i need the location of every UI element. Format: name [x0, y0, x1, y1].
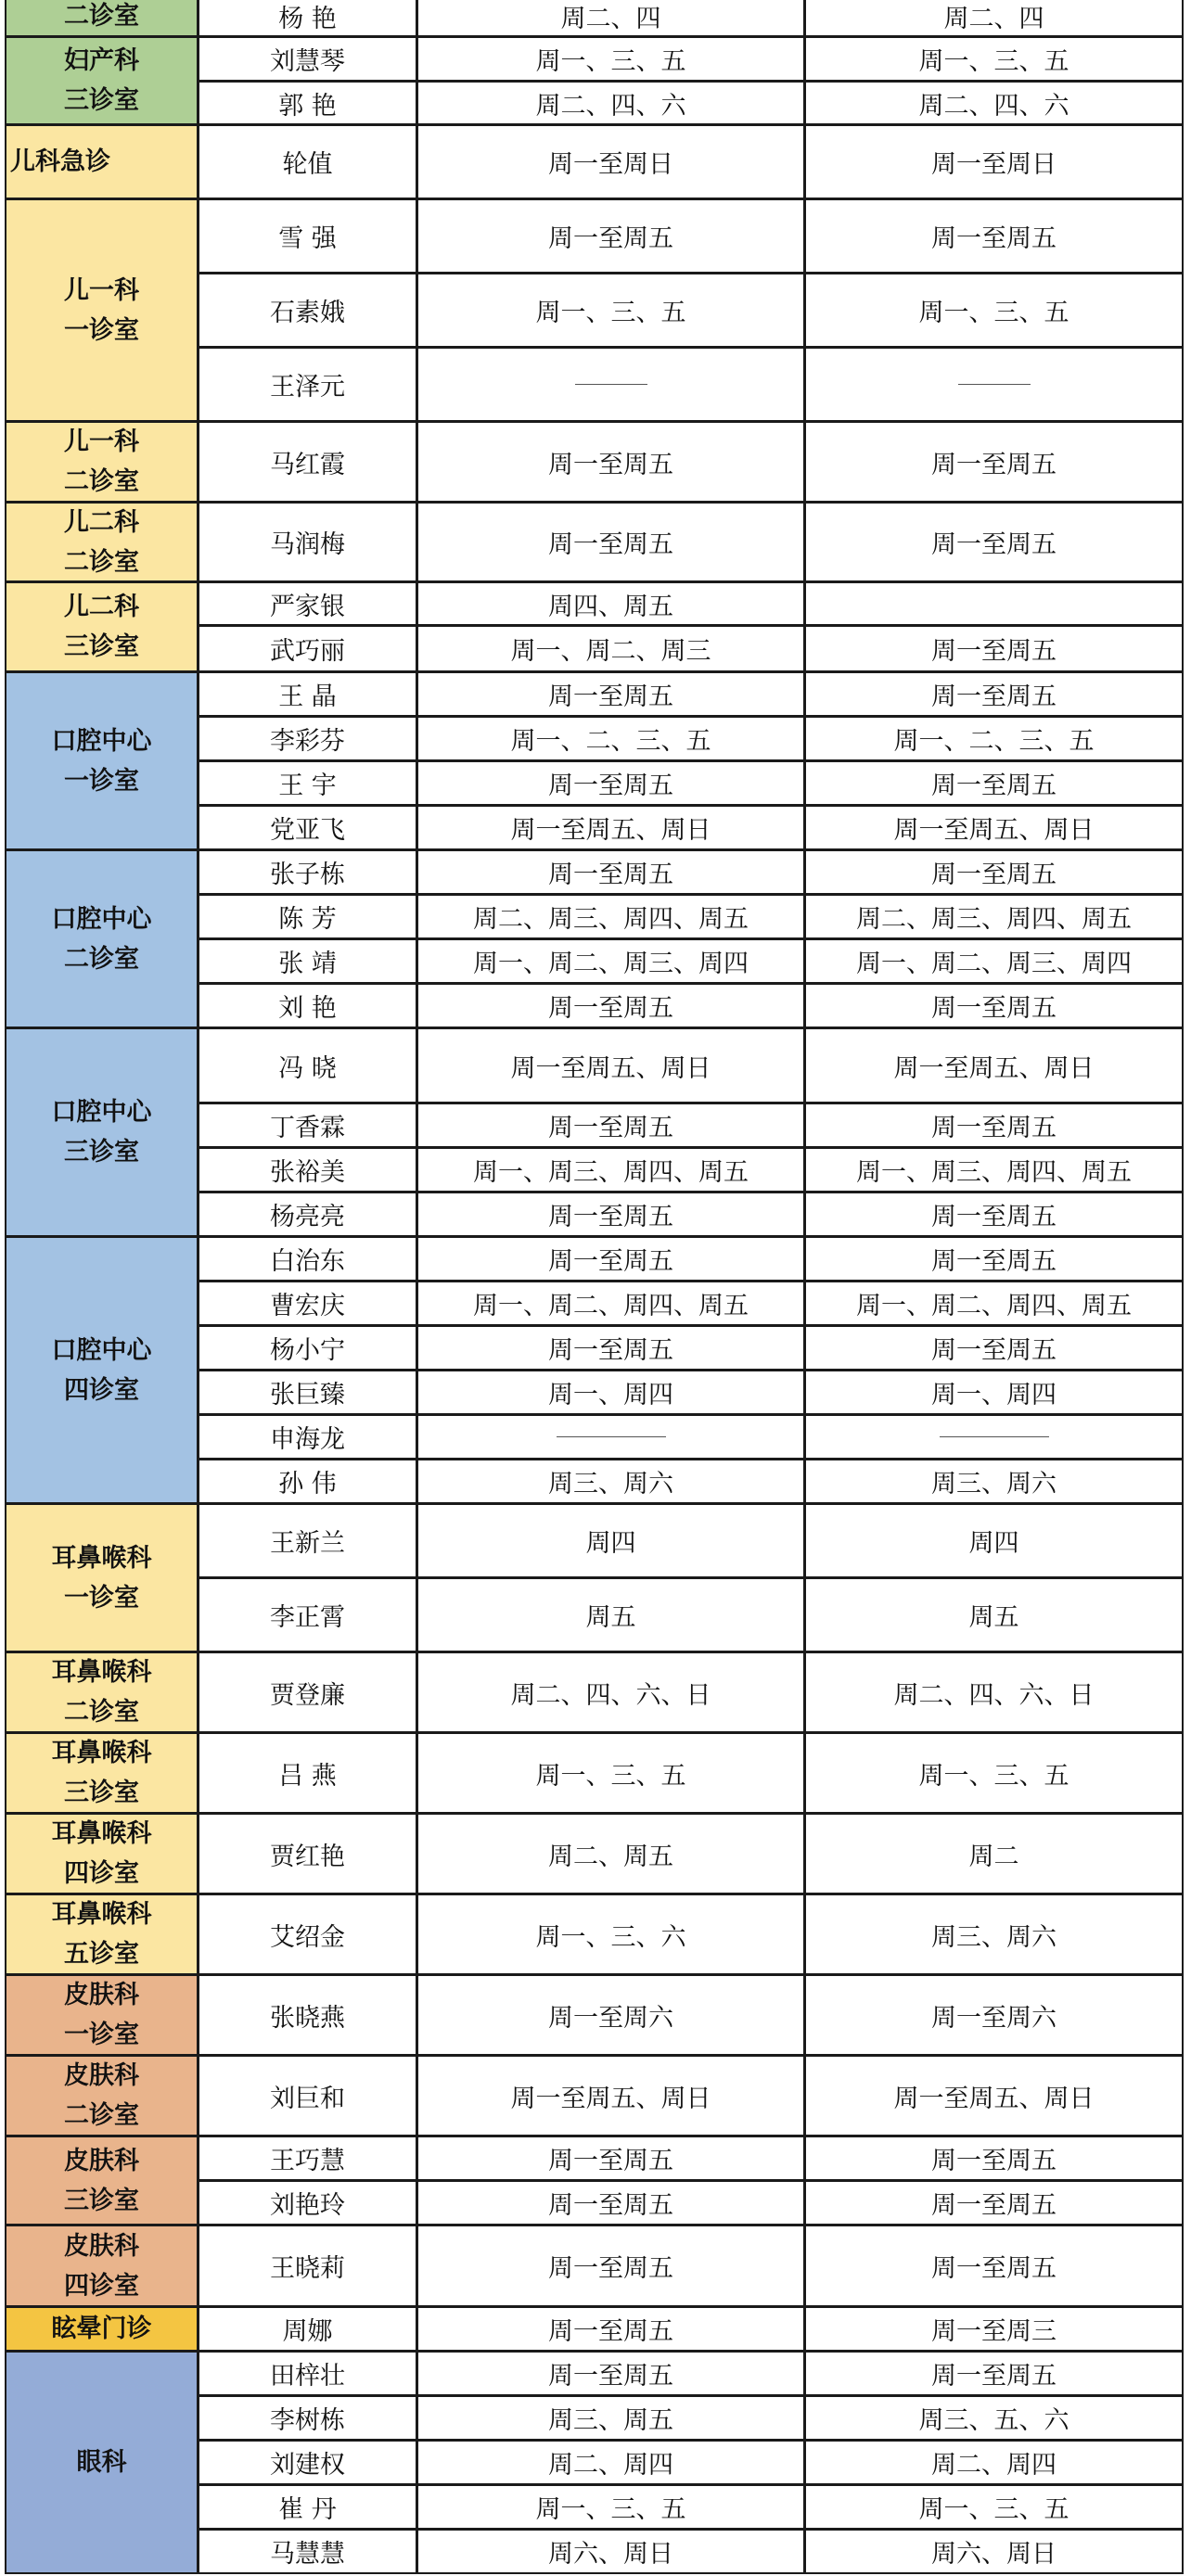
schedule-days: 周一至周五 — [931, 2248, 1057, 2284]
doctor-name-cell: 王 宇 — [198, 760, 417, 806]
schedule-days: 周一、三、五 — [536, 292, 686, 328]
department-label: 儿一科 — [64, 271, 139, 311]
department-label: 三诊室 — [64, 1773, 139, 1813]
schedule-days: 周一至周五 — [548, 2248, 673, 2284]
schedule-cell-col2: 周二、四 — [804, 0, 1184, 37]
doctor-name-cell: 马润梅 — [198, 502, 417, 582]
doctor-name: 马红霞 — [270, 444, 345, 480]
department-cell: 儿二科二诊室 — [5, 502, 198, 582]
department-label: 儿一科 — [64, 422, 139, 462]
doctor-name-cell: 张晓燕 — [198, 1974, 417, 2056]
department-label: 耳鼻喉科 — [52, 1814, 152, 1854]
department-cell: 皮肤科四诊室 — [5, 2225, 198, 2307]
schedule-cell-col2: 周六、周日 — [804, 2529, 1184, 2574]
schedule-cell-col1: 周一、周二、周三、周四 — [416, 938, 805, 984]
doctor-name-cell: 杨 艳 — [198, 0, 417, 37]
doctor-name-cell: 王泽元 — [198, 347, 417, 422]
department-cell: 耳鼻喉科五诊室 — [5, 1894, 198, 1975]
schedule-cell-col2: 周一、周二、周三、周四 — [804, 938, 1184, 984]
schedule-days: 周一至周五 — [548, 765, 673, 801]
schedule-days: 周一至周五 — [548, 444, 673, 480]
schedule-days: 周三、周六 — [548, 1463, 673, 1499]
schedule-days: 周一、周三、周四、周五 — [856, 1152, 1132, 1188]
schedule-cell-col2: 周五 — [804, 1577, 1184, 1652]
schedule-cell-col1: 周一至周五 — [416, 2136, 805, 2181]
doctor-name-cell: 张巨臻 — [198, 1370, 417, 1415]
schedule-days: 周一至周五 — [548, 1241, 673, 1277]
doctor-name: 田梓壮 — [270, 2355, 345, 2391]
schedule-days: 周一、二、三、五 — [511, 721, 711, 757]
schedule-days: 周一至周五 — [548, 218, 673, 254]
schedule-cell-col2: 周二、周三、周四、周五 — [804, 894, 1184, 939]
schedule-days: 周一至周五 — [931, 2355, 1057, 2391]
department-label: 四诊室 — [64, 2266, 139, 2306]
doctor-name: 杨小宁 — [270, 1330, 345, 1366]
schedule-days: 周一至周五 — [931, 444, 1057, 480]
schedule-days: 周一、周二、周三 — [511, 631, 711, 667]
schedule-days: 周四、周五 — [548, 586, 673, 622]
department-label: 三诊室 — [64, 1132, 139, 1172]
schedule-cell-col2: 周一至周五 — [804, 1103, 1184, 1148]
schedule-days: 周二、周五 — [548, 1836, 673, 1872]
doctor-name: 刘巨和 — [270, 2078, 345, 2114]
doctor-name: 丁香霖 — [270, 1107, 345, 1143]
doctor-name-cell: 刘慧琴 — [198, 36, 417, 82]
schedule-cell-col1: 周一、三、五 — [416, 273, 805, 348]
schedule-cell-col1: 周一至周五 — [416, 1192, 805, 1237]
schedule-cell-col2: 周一至周五 — [804, 2180, 1184, 2225]
department-label: 口腔中心 — [52, 721, 152, 761]
department-cell: 耳鼻喉科三诊室 — [5, 1732, 198, 1814]
schedule-days: 周一至周五 — [548, 2311, 673, 2347]
schedule-cell-col2: 周一、三、五 — [804, 36, 1184, 82]
department-cell: 口腔中心二诊室 — [5, 849, 198, 1028]
schedule-cell-col2: 周一至周五 — [804, 1236, 1184, 1282]
schedule-cell-col1: 周一至周六 — [416, 1974, 805, 2056]
doctor-name-cell: 李树栋 — [198, 2395, 417, 2441]
department-label: 儿科急诊 — [10, 142, 110, 182]
no-schedule-dash — [575, 384, 647, 385]
schedule-days: 周一、周四 — [931, 1374, 1057, 1410]
department-label: 耳鼻喉科 — [52, 1538, 152, 1578]
schedule-days: 周一至周五 — [548, 676, 673, 712]
doctor-name: 崔 丹 — [278, 2489, 337, 2525]
schedule-cell-col1: 周一、周三、周四、周五 — [416, 1147, 805, 1192]
schedule-days: 周一至周五、周日 — [894, 810, 1095, 846]
doctor-name-cell: 张 靖 — [198, 938, 417, 984]
doctor-name-cell: 马红霞 — [198, 421, 417, 503]
doctor-name: 王泽元 — [270, 366, 345, 402]
department-label: 一诊室 — [64, 2015, 139, 2055]
schedule-cell-col1: 周一、三、五 — [416, 2484, 805, 2530]
doctor-name: 张 靖 — [278, 943, 337, 979]
schedule-cell-col1: 周一至周五 — [416, 2351, 805, 2396]
doctor-name-cell: 曹宏庆 — [198, 1281, 417, 1326]
no-schedule-dash — [958, 384, 1031, 385]
schedule-days: 周二、四 — [944, 0, 1044, 34]
department-label: 三诊室 — [64, 627, 139, 667]
doctor-name: 艾绍金 — [270, 1917, 345, 1953]
schedule-days: 周一、二、三、五 — [894, 721, 1095, 757]
doctor-name-cell: 田梓壮 — [198, 2351, 417, 2396]
department-label: 二诊室 — [64, 939, 139, 979]
doctor-name-cell: 周娜 — [198, 2306, 417, 2352]
schedule-days: 周一至周五 — [931, 1330, 1057, 1366]
doctor-name: 李树栋 — [270, 2400, 345, 2436]
department-label: 口腔中心 — [52, 899, 152, 939]
department-cell: 耳鼻喉科一诊室 — [5, 1503, 198, 1652]
department-cell: 眼科 — [5, 2351, 198, 2574]
schedule-days: 周一至周五、周日 — [894, 2078, 1095, 2114]
doctor-name: 白治东 — [270, 1241, 345, 1277]
schedule-days: 周一至周五 — [931, 1196, 1057, 1232]
schedule-days: 周三、五、六 — [919, 2400, 1069, 2436]
schedule-cell-col2: 周一、周三、周四、周五 — [804, 1147, 1184, 1192]
department-label: 皮肤科 — [64, 2141, 139, 2181]
department-cell: 儿二科三诊室 — [5, 581, 198, 672]
schedule-days: 周一至周五、周日 — [894, 1048, 1095, 1084]
schedule-cell-col2: 周一至周五 — [804, 1325, 1184, 1371]
doctor-name-cell: 艾绍金 — [198, 1894, 417, 1975]
schedule-cell-col1: 周一、三、六 — [416, 1894, 805, 1975]
doctor-name: 刘 艳 — [278, 988, 337, 1024]
schedule-days: 周一、周二、周四、周五 — [856, 1285, 1132, 1321]
doctor-name: 贾红艳 — [270, 1836, 345, 1872]
schedule-cell-col1: 周一至周五 — [416, 849, 805, 895]
schedule-cell-col1: 周一至周五 — [416, 2225, 805, 2307]
schedule-days: 周一至周五、周日 — [511, 1048, 711, 1084]
schedule-days: 周一至周五 — [931, 524, 1057, 560]
schedule-cell-col1: 周五 — [416, 1577, 805, 1652]
doctor-name-cell: 武巧丽 — [198, 625, 417, 672]
doctor-name: 石素娥 — [270, 292, 345, 328]
department-label: 口腔中心 — [52, 1092, 152, 1132]
doctor-name: 轮值 — [283, 144, 333, 180]
department-label: 耳鼻喉科 — [52, 1894, 152, 1934]
schedule-days: 周一、周二、周四、周五 — [473, 1285, 749, 1321]
department-cell: 皮肤科三诊室 — [5, 2136, 198, 2225]
schedule-days: 周三、周六 — [931, 1463, 1057, 1499]
schedule-cell-col2: 周一、二、三、五 — [804, 716, 1184, 761]
schedule-cell-col2: 周一至周三 — [804, 2306, 1184, 2352]
doctor-name-cell: 轮值 — [198, 124, 417, 199]
doctor-name-cell: 孙 伟 — [198, 1459, 417, 1504]
schedule-cell-col1: 周一至周五 — [416, 1103, 805, 1148]
schedule-cell-col1: 周一至周五、周日 — [416, 805, 805, 850]
doctor-name: 冯 晓 — [278, 1048, 337, 1084]
doctor-name: 雪 强 — [278, 218, 337, 254]
department-label: 二诊室 — [64, 2096, 139, 2136]
department-label: 耳鼻喉科 — [52, 1733, 152, 1773]
doctor-name: 刘艳玲 — [270, 2185, 345, 2221]
doctor-name-cell: 王巧慧 — [198, 2136, 417, 2181]
schedule-days: 周一、三、五 — [536, 41, 686, 77]
schedule-cell-col2: 周一至周五、周日 — [804, 2055, 1184, 2136]
department-label: 五诊室 — [64, 1934, 139, 1974]
doctor-name-cell: 严家银 — [198, 581, 417, 626]
schedule-cell-col2: 周一至周五 — [804, 2225, 1184, 2307]
schedule-cell-col2: 周三、周六 — [804, 1894, 1184, 1975]
schedule-days: 周一至周五 — [931, 765, 1057, 801]
schedule-cell-col1: 周一至周五 — [416, 1325, 805, 1371]
schedule-cell-col1: 周二、四 — [416, 0, 805, 37]
doctor-name: 王 宇 — [278, 765, 337, 801]
schedule-cell-col2 — [804, 347, 1184, 422]
schedule-cell-col2: 周一至周五、周日 — [804, 1027, 1184, 1103]
schedule-days: 周一、三、五 — [536, 2489, 686, 2525]
department-cell: 口腔中心四诊室 — [5, 1236, 198, 1504]
doctor-name: 杨 艳 — [278, 0, 337, 34]
schedule-days: 周一、周三、周四、周五 — [473, 1152, 749, 1188]
department-cell: 耳鼻喉科四诊室 — [5, 1813, 198, 1894]
schedule-cell-col1: 周三、周六 — [416, 1459, 805, 1504]
department-cell: 耳鼻喉科二诊室 — [5, 1651, 198, 1733]
schedule-days: 周一至周五、周日 — [511, 2078, 711, 2114]
schedule-days: 周一至周五 — [931, 631, 1057, 667]
schedule-cell-col2: 周二 — [804, 1813, 1184, 1894]
schedule-cell-col1: 周一、周二、周四、周五 — [416, 1281, 805, 1326]
schedule-days: 周一至周五 — [931, 2185, 1057, 2221]
schedule-days: 周三、周六 — [931, 1917, 1057, 1953]
doctor-name: 郭 艳 — [278, 85, 337, 121]
schedule-cell-col1 — [416, 1414, 805, 1460]
schedule-cell-col2 — [804, 1414, 1184, 1460]
doctor-name-cell: 贾登廉 — [198, 1651, 417, 1733]
schedule-cell-col2: 周三、周六 — [804, 1459, 1184, 1504]
schedule-cell-col2: 周一至周五 — [804, 625, 1184, 672]
doctor-name: 刘慧琴 — [270, 41, 345, 77]
schedule-cell-col1: 周一至周五 — [416, 2180, 805, 2225]
doctor-name: 吕 燕 — [278, 1755, 337, 1792]
schedule-cell-col1: 周一、二、三、五 — [416, 716, 805, 761]
schedule-cell-col1 — [416, 347, 805, 422]
department-label: 三诊室 — [64, 81, 139, 121]
doctor-name: 张巨臻 — [270, 1374, 345, 1410]
department-cell: 眩晕门诊 — [5, 2306, 198, 2352]
schedule-cell-col2: 周二、周四 — [804, 2440, 1184, 2485]
schedule-cell-col2: 周二、四、六、日 — [804, 1651, 1184, 1733]
doctor-name-cell: 陈 芳 — [198, 894, 417, 939]
department-label: 皮肤科 — [64, 2056, 139, 2096]
schedule-days: 周一、三、五 — [919, 2489, 1069, 2525]
doctor-name: 刘建权 — [270, 2444, 345, 2480]
department-label: 一诊室 — [64, 311, 139, 351]
schedule-days: 周二、四、六、日 — [511, 1675, 711, 1711]
schedule-cell-col2: 周一至周五 — [804, 198, 1184, 274]
schedule-days: 周一至周五、周日 — [511, 810, 711, 846]
schedule-days: 周一至周五 — [931, 1107, 1057, 1143]
doctor-name-cell: 刘巨和 — [198, 2055, 417, 2136]
schedule-days: 周一、周四 — [548, 1374, 673, 1410]
schedule-days: 周二、四 — [561, 0, 661, 34]
doctor-name: 曹宏庆 — [270, 1285, 345, 1321]
schedule-cell-col1: 周二、周三、周四、周五 — [416, 894, 805, 939]
schedule-days: 周一至周五 — [931, 676, 1057, 712]
schedule-cell-col1: 周一至周日 — [416, 124, 805, 199]
doctor-name-cell: 丁香霖 — [198, 1103, 417, 1148]
schedule-days: 周一至周五 — [548, 1330, 673, 1366]
schedule-cell-col2: 周一至周日 — [804, 124, 1184, 199]
department-label: 三诊室 — [64, 2181, 139, 2221]
schedule-days: 周一至周五 — [548, 988, 673, 1024]
schedule-cell-col1: 周一、三、五 — [416, 1732, 805, 1814]
department-label: 妇产科 — [64, 41, 139, 81]
department-cell: 皮肤科一诊室 — [5, 1974, 198, 2056]
department-cell: 口腔中心三诊室 — [5, 1027, 198, 1237]
doctor-name-cell: 张子栋 — [198, 849, 417, 895]
doctor-name: 张晓燕 — [270, 1997, 345, 2034]
schedule-cell-col1: 周一、周二、周三 — [416, 625, 805, 672]
doctor-name-cell: 刘艳玲 — [198, 2180, 417, 2225]
schedule-cell-col2: 周三、五、六 — [804, 2395, 1184, 2441]
no-schedule-dash — [940, 1436, 1049, 1437]
doctor-name: 孙 伟 — [278, 1463, 337, 1499]
schedule-days: 周一至周五 — [931, 1241, 1057, 1277]
department-label: 皮肤科 — [64, 2226, 139, 2266]
doctor-name-cell: 马慧慧 — [198, 2529, 417, 2574]
department-label: 口腔中心 — [52, 1331, 152, 1371]
schedule-days: 周二、四、六、日 — [894, 1675, 1095, 1711]
department-label: 眼科 — [77, 2442, 127, 2482]
schedule-days: 周一至周五 — [931, 854, 1057, 890]
schedule-days: 周一至周五 — [548, 2140, 673, 2176]
schedule-days: 周二 — [969, 1836, 1019, 1872]
schedule-days: 周一至周五 — [931, 2140, 1057, 2176]
department-cell: 儿科急诊 — [5, 124, 198, 199]
doctor-name: 李彩芬 — [270, 721, 345, 757]
department-label: 二诊室 — [64, 542, 139, 582]
department-cell: 皮肤科二诊室 — [5, 2055, 198, 2136]
schedule-cell-col2: 周一、周四 — [804, 1370, 1184, 1415]
doctor-name: 陈 芳 — [278, 899, 337, 935]
department-label: 皮肤科 — [64, 1975, 139, 2015]
department-label: 二诊室 — [64, 462, 139, 502]
doctor-name-cell: 党亚飞 — [198, 805, 417, 850]
doctor-name-cell: 吕 燕 — [198, 1732, 417, 1814]
doctor-name-cell: 白治东 — [198, 1236, 417, 1282]
doctor-name: 王新兰 — [270, 1523, 345, 1559]
schedule-cell-col1: 周一至周五、周日 — [416, 2055, 805, 2136]
doctor-name-cell: 郭 艳 — [198, 81, 417, 125]
schedule-days: 周一、周二、周三、周四 — [856, 943, 1132, 979]
schedule-cell-col2: 周一至周五 — [804, 1192, 1184, 1237]
schedule-cell-col1: 周二、周五 — [416, 1813, 805, 1894]
schedule-days: 周四 — [586, 1523, 636, 1559]
schedule-cell-col2: 周一、三、五 — [804, 2484, 1184, 2530]
department-cell: 妇产科三诊室 — [5, 36, 198, 125]
department-cell: 二诊室 — [5, 0, 198, 37]
schedule-days: 周四 — [969, 1523, 1019, 1559]
schedule-days: 周一至周五 — [931, 218, 1057, 254]
schedule-cell-col2: 周一至周五 — [804, 502, 1184, 582]
doctor-name-cell: 雪 强 — [198, 198, 417, 274]
schedule-cell-col2 — [804, 581, 1184, 626]
schedule-days: 周一至周五 — [548, 1107, 673, 1143]
schedule-cell-col1: 周一至周五 — [416, 671, 805, 717]
schedule-cell-col2: 周四 — [804, 1503, 1184, 1578]
schedule-cell-col1: 周一至周五 — [416, 502, 805, 582]
schedule-days: 周一、周二、周三、周四 — [473, 943, 749, 979]
schedule-days: 周一至周五 — [931, 988, 1057, 1024]
schedule-days: 周一至周日 — [548, 144, 673, 180]
no-schedule-dash — [557, 1436, 666, 1437]
schedule-cell-col1: 周四、周五 — [416, 581, 805, 626]
doctor-name-cell: 崔 丹 — [198, 2484, 417, 2530]
schedule-days: 周六、周日 — [931, 2533, 1057, 2570]
doctor-name-cell: 李正霄 — [198, 1577, 417, 1652]
doctor-name: 申海龙 — [270, 1419, 345, 1455]
schedule-table: 二诊室杨 艳周二、四周二、四妇产科三诊室刘慧琴周一、三、五周一、三、五郭 艳周二… — [0, 0, 1191, 2576]
schedule-cell-col1: 周四 — [416, 1503, 805, 1578]
doctor-name-cell: 王新兰 — [198, 1503, 417, 1578]
doctor-name-cell: 冯 晓 — [198, 1027, 417, 1103]
doctor-name-cell: 张裕美 — [198, 1147, 417, 1192]
schedule-cell-col1: 周二、四、六、日 — [416, 1651, 805, 1733]
schedule-days: 周一、三、五 — [919, 1755, 1069, 1792]
schedule-days: 周一至周六 — [931, 1997, 1057, 2034]
schedule-cell-col1: 周二、四、六 — [416, 81, 805, 125]
schedule-cell-col2: 周一、三、五 — [804, 273, 1184, 348]
department-label: 二诊室 — [64, 1692, 139, 1732]
doctor-name-cell: 申海龙 — [198, 1414, 417, 1460]
schedule-days: 周一至周日 — [931, 144, 1057, 180]
schedule-cell-col1: 周一、三、五 — [416, 36, 805, 82]
doctor-name-cell: 李彩芬 — [198, 716, 417, 761]
schedule-cell-col2: 周一至周五 — [804, 760, 1184, 806]
department-cell: 儿一科二诊室 — [5, 421, 198, 503]
department-label: 眩晕门诊 — [52, 2309, 152, 2349]
schedule-days: 周二、周四 — [548, 2444, 673, 2480]
schedule-days: 周一、三、五 — [919, 292, 1069, 328]
schedule-cell-col2: 周一至周五 — [804, 2351, 1184, 2396]
schedule-days: 周一至周五 — [548, 2355, 673, 2391]
schedule-cell-col2: 周一、周二、周四、周五 — [804, 1281, 1184, 1326]
schedule-cell-col1: 周三、周五 — [416, 2395, 805, 2441]
doctor-name-cell: 贾红艳 — [198, 1813, 417, 1894]
doctor-name-cell: 王 晶 — [198, 671, 417, 717]
schedule-cell-col1: 周一至周五 — [416, 1236, 805, 1282]
schedule-days: 周一至周三 — [931, 2311, 1057, 2347]
schedule-cell-col2: 周一至周五、周日 — [804, 805, 1184, 850]
doctor-name: 张子栋 — [270, 854, 345, 890]
schedule-days: 周二、周三、周四、周五 — [473, 899, 749, 935]
schedule-days: 周一至周五 — [548, 2185, 673, 2221]
doctor-name: 王 晶 — [278, 676, 337, 712]
doctor-name-cell: 杨亮亮 — [198, 1192, 417, 1237]
schedule-cell-col2: 周一至周五 — [804, 2136, 1184, 2181]
department-label: 一诊室 — [64, 1578, 139, 1618]
department-label: 儿二科 — [64, 587, 139, 627]
doctor-name: 李正霄 — [270, 1597, 345, 1633]
department-label: 儿二科 — [64, 503, 139, 542]
doctor-name: 武巧丽 — [270, 631, 345, 667]
schedule-cell-col1: 周一至周五 — [416, 2306, 805, 2352]
schedule-cell-col1: 周一至周五 — [416, 983, 805, 1028]
schedule-cell-col1: 周六、周日 — [416, 2529, 805, 2574]
schedule-cell-col2: 周一至周五 — [804, 671, 1184, 717]
doctor-name-cell: 杨小宁 — [198, 1325, 417, 1371]
doctor-name: 党亚飞 — [270, 810, 345, 846]
schedule-cell-col2: 周一至周五 — [804, 421, 1184, 503]
schedule-days: 周一至周五 — [548, 1196, 673, 1232]
department-label: 一诊室 — [64, 761, 139, 801]
department-label: 二诊室 — [64, 0, 139, 36]
schedule-days: 周二、周三、周四、周五 — [856, 899, 1132, 935]
schedule-days: 周一、三、五 — [919, 41, 1069, 77]
schedule-cell-col2: 周一、三、五 — [804, 1732, 1184, 1814]
doctor-name: 马润梅 — [270, 524, 345, 560]
doctor-name-cell: 王晓莉 — [198, 2225, 417, 2307]
